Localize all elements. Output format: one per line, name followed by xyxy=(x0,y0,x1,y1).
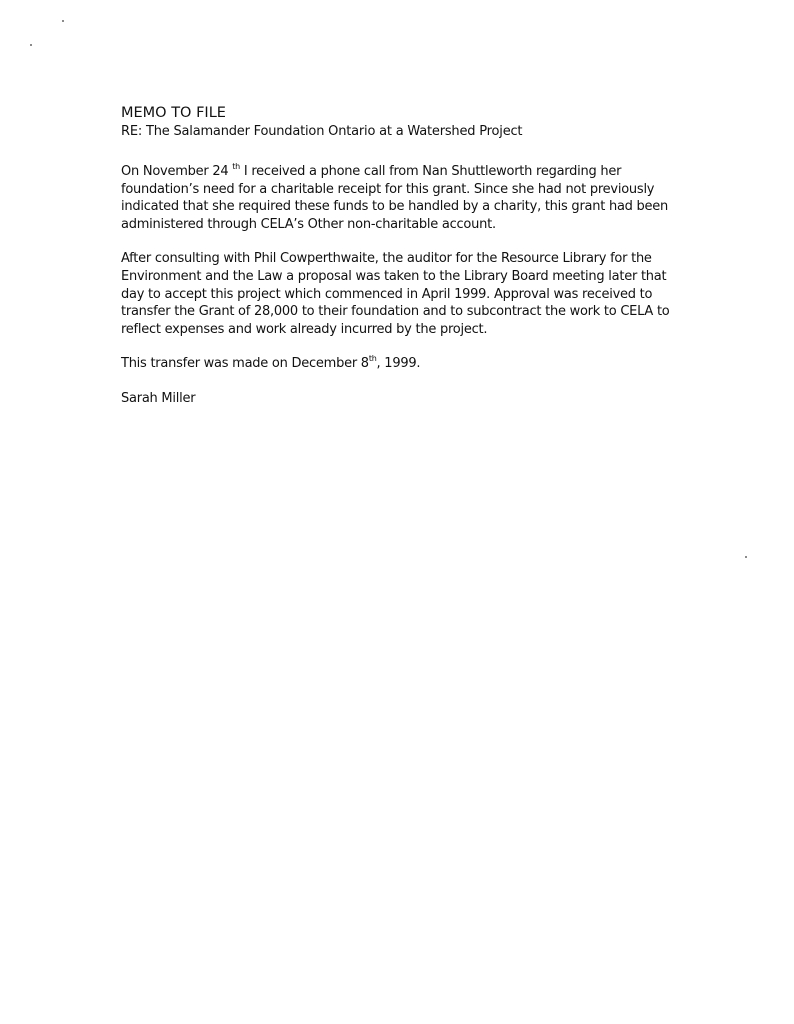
para3-start: This transfer was made on December 8 xyxy=(121,356,369,371)
memo-document: MEMO TO FILE RE: The Salamander Foundati… xyxy=(121,104,681,408)
memo-subject: RE: The Salamander Foundation Ontario at… xyxy=(121,123,681,141)
para1-start: On November 24 xyxy=(121,164,232,179)
scan-speck xyxy=(745,556,747,558)
signature: Sarah Miller xyxy=(121,390,681,408)
ordinal-suffix: th xyxy=(369,354,377,363)
para3-rest: , 1999. xyxy=(377,356,421,371)
paragraph-consultation: After consulting with Phil Cowperthwaite… xyxy=(121,250,681,338)
scan-speck xyxy=(30,44,32,46)
scan-speck xyxy=(62,20,64,22)
paragraph-transfer-date: This transfer was made on December 8th, … xyxy=(121,355,681,373)
ordinal-suffix: th xyxy=(232,162,240,171)
paragraph-phone-call: On November 24 th I received a phone cal… xyxy=(121,163,681,233)
memo-title: MEMO TO FILE xyxy=(121,104,681,123)
